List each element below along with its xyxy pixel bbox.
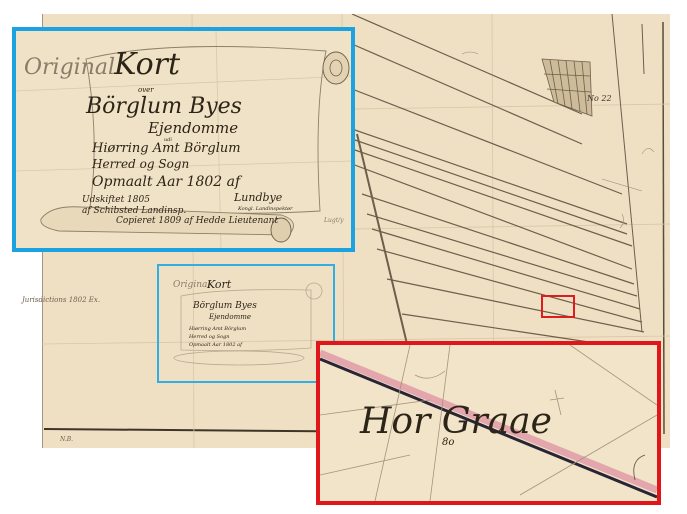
left-margin-note: Jurisdictions 1802 Ex. [22,296,100,304]
cartouche-margin-note: Lugt/y [324,217,344,224]
cartouche-highlight-box: Original Kort Börglum Byes Ejendomme Hiø… [157,264,335,383]
cartouche-right-credit-1: Lundbye [234,191,282,204]
small-place: Börglum Byes [193,301,257,311]
cartouche-right-credit-2: Kongl. Landinspektør [238,206,293,212]
cartouche-left-credit-2: af Schibsted Landinsp. [82,206,186,216]
boundary-magnified-inset: Hor Graae 8o [316,341,661,505]
small-district-2: Herred og Sogn [189,334,230,340]
small-title: Kort [207,278,231,291]
cartouche-title-prefix: Original [24,55,115,80]
cartouche-surveyed: Opmaalt Aar 1802 af [92,174,240,190]
small-surveyed: Opmaalt Aar 1802 af [189,342,242,348]
cartouche-district-line2: Herred og Sogn [92,157,189,171]
bottom-corner-note: N.B. [60,436,73,443]
boundary-label-text: Hor Graae [360,401,552,442]
cartouche-over: over [138,86,154,94]
cartouche-title: Kort [114,47,180,82]
cartouche-subject: Ejendomme [148,119,238,137]
boundary-sub-label: 8o [442,437,454,448]
cartouche-copied: Copieret 1809 af Hedde Lieutenant [116,216,278,226]
plot-number-label: No 22 [587,94,612,103]
cartouche-district-line1: Hiørring Amt Börglum [92,141,241,156]
small-title-prefix: Original [173,280,210,290]
small-subject: Ejendomme [209,313,251,321]
cartouche-magnified-inset: Original Kort over Börglum Byes Ejendomm… [12,27,355,252]
cartouche-place: Börglum Byes [86,94,242,119]
small-district-1: Hiørring Amt Börglum [189,326,246,332]
cartouche-left-credit-1: Udskiftet 1805 [82,195,150,205]
boundary-highlight-box [541,295,575,318]
